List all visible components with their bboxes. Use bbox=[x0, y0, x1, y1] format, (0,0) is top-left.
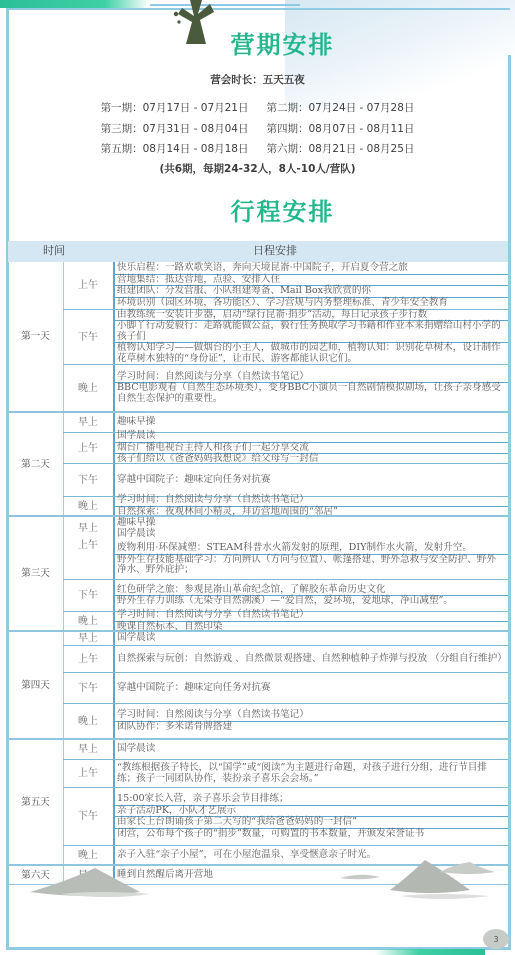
schedule-item: “教练根据孩子特长，以“国学”或“阅读”为主题进行命题，对孩子进行分组，进行节目… bbox=[115, 763, 508, 784]
slot-label: 晚上 bbox=[63, 497, 115, 515]
day-row-6: 第六天 早上 睡到自然醒后离开营地 bbox=[8, 866, 508, 885]
day-label: 第三天 bbox=[8, 517, 64, 630]
slot-morning: 上午 废物利用·环保减塑：STEAM科普水火箭发射的原理，DIY制作水火箭，发射… bbox=[63, 540, 508, 580]
slot-label: 下午 bbox=[63, 464, 115, 496]
slot-evening: 晚上 学习时间：自然阅读与分享（自然读书笔记） 自然探索：夜观林间小精灵，拜访营… bbox=[63, 497, 508, 515]
slot-label: 早上 bbox=[63, 517, 115, 540]
slot-evening: 晚上 学习时间：自然阅读与分享（自然读书笔记） 晚课自然标本、自然印染 bbox=[63, 612, 508, 630]
slot-label: 晚上 bbox=[63, 846, 115, 864]
schedule-item: 趣味早操 bbox=[115, 417, 508, 428]
day-row-2: 第二天 早上 趣味早操 上午 国学晨读 烟台广播电视台主持人和孩子们一起分享交流… bbox=[8, 413, 508, 517]
schedule-item: 趣味早操 bbox=[115, 518, 508, 529]
schedule-item: 睡到自然醒后离开营地 bbox=[115, 870, 508, 881]
schedule-item: 国学晨读 bbox=[115, 744, 508, 755]
slot-morning: 上午 “教练根据孩子特长，以“国学”或“阅读”为主题进行命题，对孩子进行分组，进… bbox=[63, 760, 508, 788]
slot-label: 早上 bbox=[63, 740, 115, 759]
day-row-3: 第三天 早上 趣味早操 国学晨读 上午 废物利用·环保减塑：STEAM科普水火箭… bbox=[8, 517, 508, 632]
schedule-item: 植物认知学习——做烟台的小主人，做城市的园艺师，植物认知：识别花草树木，设计制作… bbox=[115, 343, 508, 364]
slot-afternoon: 下午 15:00家长入营，亲子喜乐会节目排练； 亲子活动PK，小队才艺展示 由家… bbox=[63, 788, 508, 846]
slot-evening: 晚上 学习时间：自然阅读与分享（自然读书笔记） 团队协作：多米诺骨牌搭建 bbox=[63, 704, 508, 738]
slot-early-morning: 早上 趣味早操 国学晨读 bbox=[63, 517, 508, 540]
itinerary-title: 行程安排 bbox=[0, 192, 515, 227]
period-row-3: 第五期：08月14日 - 08月18日 第六期：08月21日 - 08月25日 bbox=[0, 141, 515, 156]
slot-label: 下午 bbox=[63, 788, 115, 845]
slot-morning: 上午 自然探索与玩创：自然游戏 、自然微景观搭建、自然种植种子炸弹与投放 （分组… bbox=[63, 646, 508, 673]
schedule-item: 闭营，公布每个孩子的“捐步”数量，可购置的书本数量，并颁发荣誉证书 bbox=[115, 829, 508, 840]
slot-label: 上午 bbox=[63, 433, 115, 463]
table-header: 时间 日程安排 bbox=[8, 241, 508, 262]
slot-morning: 上午 快乐启程：一路欢歌笑语，奔向天境昆嵛·中国院子，开启夏令营之旅 营地集结：… bbox=[63, 262, 508, 310]
schedule-item: 学习时间：自然阅读与分享（自然读书笔记） bbox=[115, 495, 508, 507]
schedule-item: 由家长上台朗诵孩子第二天写的“我给爸爸妈妈的一封信” bbox=[115, 817, 508, 829]
period-6: 第六期：08月21日 - 08月25日 bbox=[267, 141, 415, 156]
schedule-item: 穿越中国院子：趣味定向任务对抗赛 bbox=[115, 683, 508, 694]
slot-afternoon: 下午 由教练统一安装计步器，启动“绿行昆嵛·捐步”活动，每日记录孩子步行数 小脚… bbox=[63, 310, 508, 365]
schedule-item: 野外生存力训练（无染寺自然溯溪）—“爱自然，爱环境，爱地球，净山减塑”。 bbox=[115, 596, 508, 607]
schedule-item: 国学晨读 bbox=[115, 633, 508, 644]
period-2: 第二期：07月24日 - 07月28日 bbox=[267, 100, 415, 115]
schedule-item: 团队协作：多米诺骨牌搭建 bbox=[115, 722, 508, 733]
schedule-item: 亲子入驻“亲子小屋”，可在小屋泡温泉、享受惬意亲子时光。 bbox=[115, 850, 508, 861]
day-row-1: 第一天 上午 快乐启程：一路欢歌笑语，奔向天境昆嵛·中国院子，开启夏令营之旅 营… bbox=[8, 262, 508, 413]
schedule-item: 15:00家长入营，亲子喜乐会节目排练； bbox=[115, 794, 508, 806]
camp-duration: 营会时长：五天五夜 bbox=[0, 72, 515, 87]
page-frame-right bbox=[508, 55, 511, 950]
slot-label: 晚上 bbox=[63, 612, 115, 630]
slot-label: 早上 bbox=[63, 413, 115, 432]
schedule-item: 学习时间：自然阅读与分享（自然读书笔记） bbox=[115, 610, 508, 622]
schedule-item: 环境识别（园区环境，各功能区）、学习营规与内务整理标准、青少年安全教育 bbox=[115, 298, 508, 309]
slot-evening: 晚上 亲子入驻“亲子小屋”，可在小屋泡温泉、享受惬意亲子时光。 bbox=[63, 846, 508, 864]
slot-early-morning: 早上 国学晨读 bbox=[63, 740, 508, 760]
slot-label: 上午 bbox=[63, 262, 115, 309]
slot-label: 下午 bbox=[63, 310, 115, 364]
day-label: 第五天 bbox=[8, 740, 64, 864]
green-brush-decoration bbox=[0, 0, 150, 8]
slot-evening: 晚上 学习时间：自然阅读与分享（自然读书笔记） BBC电影观看（自然生态环境类）… bbox=[63, 365, 508, 411]
day-row-5: 第五天 早上 国学晨读 上午 “教练根据孩子特长，以“国学”或“阅读”为主题进行… bbox=[8, 740, 508, 866]
day-label: 第一天 bbox=[8, 262, 64, 411]
slot-afternoon: 下午 红色研学之旅：参观昆嵛山革命纪念馆，了解胶东革命历史文化 野外生存力训练（… bbox=[63, 580, 508, 612]
period-row-1: 第一期：07月17日 - 07月21日 第二期：07月24日 - 07月28日 bbox=[0, 100, 515, 115]
day-label: 第四天 bbox=[8, 632, 64, 738]
schedule-item: 国学晨读 bbox=[115, 529, 508, 540]
green-brush-bottom-decoration bbox=[375, 949, 485, 955]
slot-afternoon: 下午 穿越中国院子：趣味定向任务对抗赛 bbox=[63, 673, 508, 704]
slot-afternoon: 下午 穿越中国院子：趣味定向任务对抗赛 bbox=[63, 464, 508, 497]
slot-label: 上午 bbox=[63, 646, 115, 672]
schedule-item: 组建团队：分发营服、小队组建筹备、Mail Box我欣赏的你 bbox=[115, 286, 508, 298]
camp-schedule-title: 营期安排 bbox=[0, 25, 515, 60]
period-row-2: 第三期：07月31日 - 08月04日 第四期：08月07日 - 08月11日 bbox=[0, 121, 515, 136]
day-row-4: 第四天 早上 国学晨读 上午 自然探索与玩创：自然游戏 、自然微景观搭建、自然种… bbox=[8, 632, 508, 740]
schedule-item: 晚课自然标本、自然印染 bbox=[115, 622, 508, 633]
header-time: 时间 bbox=[43, 245, 65, 256]
slot-label: 晚上 bbox=[63, 365, 115, 411]
day-label: 第六天 bbox=[8, 866, 64, 884]
period-5: 第五期：08月14日 - 08月18日 bbox=[101, 141, 249, 156]
schedule-item: 穿越中国院子：趣味定向任务对抗赛 bbox=[115, 475, 508, 486]
period-1: 第一期：07月17日 - 07月21日 bbox=[101, 100, 249, 115]
slot-early-morning: 早上 睡到自然醒后离开营地 bbox=[63, 866, 508, 884]
slot-label: 早上 bbox=[63, 632, 115, 645]
slot-label: 上午 bbox=[63, 540, 115, 579]
slot-early-morning: 早上 国学晨读 bbox=[63, 632, 508, 646]
slot-label: 下午 bbox=[63, 580, 115, 611]
schedule-item: BBC电影观看（自然生态环境类），变身BBC小演员一自然剧情模拟剧场，让孩子亲身… bbox=[115, 383, 508, 404]
slot-label: 晚上 bbox=[63, 704, 115, 738]
slot-label: 早上 bbox=[63, 866, 115, 884]
capacity-note: (共6期，每期24-32人，8人-10人/营队) bbox=[0, 161, 515, 176]
period-4: 第四期：08月07日 - 08月11日 bbox=[267, 121, 415, 136]
schedule-item: 野外生存技能基础学习：方向辨认（方向与位置）、帐篷搭建、野外急救与安全防护、野外… bbox=[115, 555, 508, 576]
schedule-item: 快乐启程：一路欢歌笑语，奔向天境昆嵛·中国院子，开启夏令营之旅 bbox=[115, 263, 508, 275]
header-plan: 日程安排 bbox=[253, 245, 297, 256]
schedule-item: 自然探索与玩创：自然游戏 、自然微景观搭建、自然种植种子炸弹与投放 （分组自行维… bbox=[115, 654, 508, 665]
period-3: 第三期：07月31日 - 08月04日 bbox=[101, 121, 249, 136]
day-label: 第二天 bbox=[8, 413, 64, 515]
slot-label: 下午 bbox=[63, 673, 115, 703]
slot-label: 上午 bbox=[63, 760, 115, 787]
schedule-item: 小脚丫行动爱毅行：走路就能做公益，毅行任务换取学习书籍和作业本来捐赠给山村小学的… bbox=[115, 321, 508, 343]
page-number-badge: 3 bbox=[483, 929, 509, 949]
schedule-item: 学习时间：自然阅读与分享（自然读书笔记） bbox=[115, 710, 508, 722]
slot-morning: 上午 国学晨读 烟台广播电视台主持人和孩子们一起分享交流 孩子们给以《爸爸妈妈我… bbox=[63, 433, 508, 464]
schedule-item: 自然探索：夜观林间小精灵，拜访营地周围的“邻居” bbox=[115, 507, 508, 518]
